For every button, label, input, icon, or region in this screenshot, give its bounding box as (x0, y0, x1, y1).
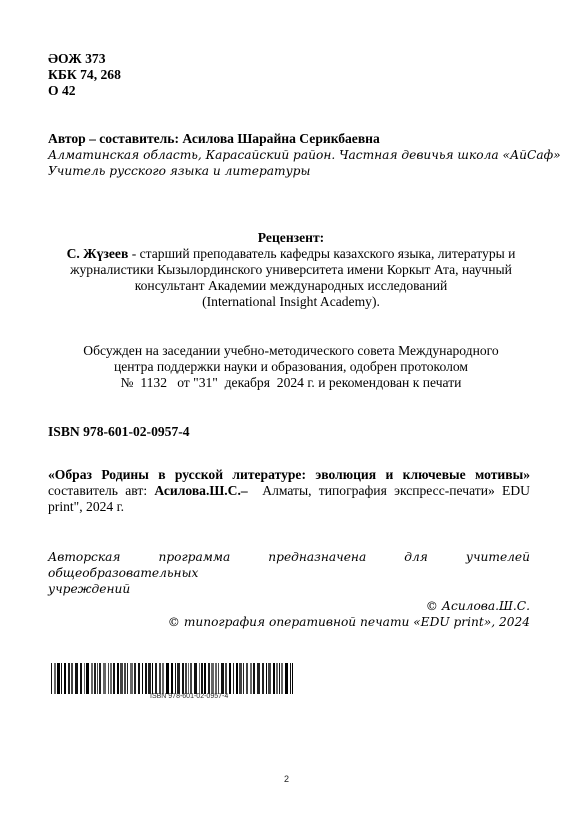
bibliographic-description: «Образ Родины в русской литературе: эвол… (48, 467, 530, 515)
reviewer-block: Рецензент: С. Жүзеев - старший преподава… (44, 230, 538, 310)
compiler-name: Асилова.Ш.С.– (154, 483, 247, 498)
approval-line-3: № 1132 от "31" декабря 2024 г. и рекомен… (44, 375, 538, 391)
author-mark: О 42 (48, 83, 530, 99)
reviewer-heading: Рецензент: (44, 230, 538, 246)
author-location: Алматинская область, Карасайский район. … (48, 147, 530, 163)
copyright-printer: © типография оперативной печати «EDU pri… (48, 614, 530, 630)
isbn-barcode (51, 663, 293, 694)
copyright-author: © Асилова.Ш.С. (48, 598, 530, 614)
page-number: 2 (284, 774, 289, 784)
reviewer-line-4: (International Insight Academy). (44, 294, 538, 310)
barcode-label: ISBN 978-601-02-0957-4 (150, 693, 228, 700)
program-line-1: Авторская программа предназначена для уч… (48, 549, 530, 581)
reviewer-line-2: журналистики Кызылординского университет… (44, 262, 538, 278)
approval-line-1: Обсужден на заседании учебно-методическо… (44, 343, 538, 359)
approval-line-2: центра поддержки науки и образования, од… (44, 359, 538, 375)
reviewer-line-1: С. Жүзеев - старший преподаватель кафедр… (44, 246, 538, 262)
lbc-code: КБК 74, 268 (48, 67, 530, 83)
author-block: Автор – составитель: Асилова Шарайна Сер… (48, 131, 530, 179)
book-title: «Образ Родины в русской литературе: эвол… (48, 467, 530, 483)
compiler-line: составитель авт: Асилова.Ш.С.– Алматы, т… (48, 483, 530, 499)
copyright-block: © Асилова.Ш.С. © типография оперативной … (48, 598, 530, 630)
author-position: Учитель русского языка и литературы (48, 163, 530, 179)
classification-codes: ӘОЖ 373 КБК 74, 268 О 42 (48, 51, 530, 99)
isbn-text: ISBN 978-601-02-0957-4 (48, 424, 530, 440)
document-page: ӘОЖ 373 КБК 74, 268 О 42 Автор – состави… (0, 0, 584, 831)
author-name: Автор – составитель: Асилова Шарайна Сер… (48, 131, 530, 147)
program-line-2: учреждений (48, 581, 530, 597)
reviewer-name: С. Жүзеев (67, 246, 129, 261)
reviewer-line-3: консультант Академии международных иссле… (44, 278, 538, 294)
publisher-line: print", 2024 г. (48, 499, 530, 515)
approval-statement: Обсужден на заседании учебно-методическо… (44, 343, 538, 391)
udc-code: ӘОЖ 373 (48, 51, 530, 67)
program-note: Авторская программа предназначена для уч… (48, 549, 530, 597)
